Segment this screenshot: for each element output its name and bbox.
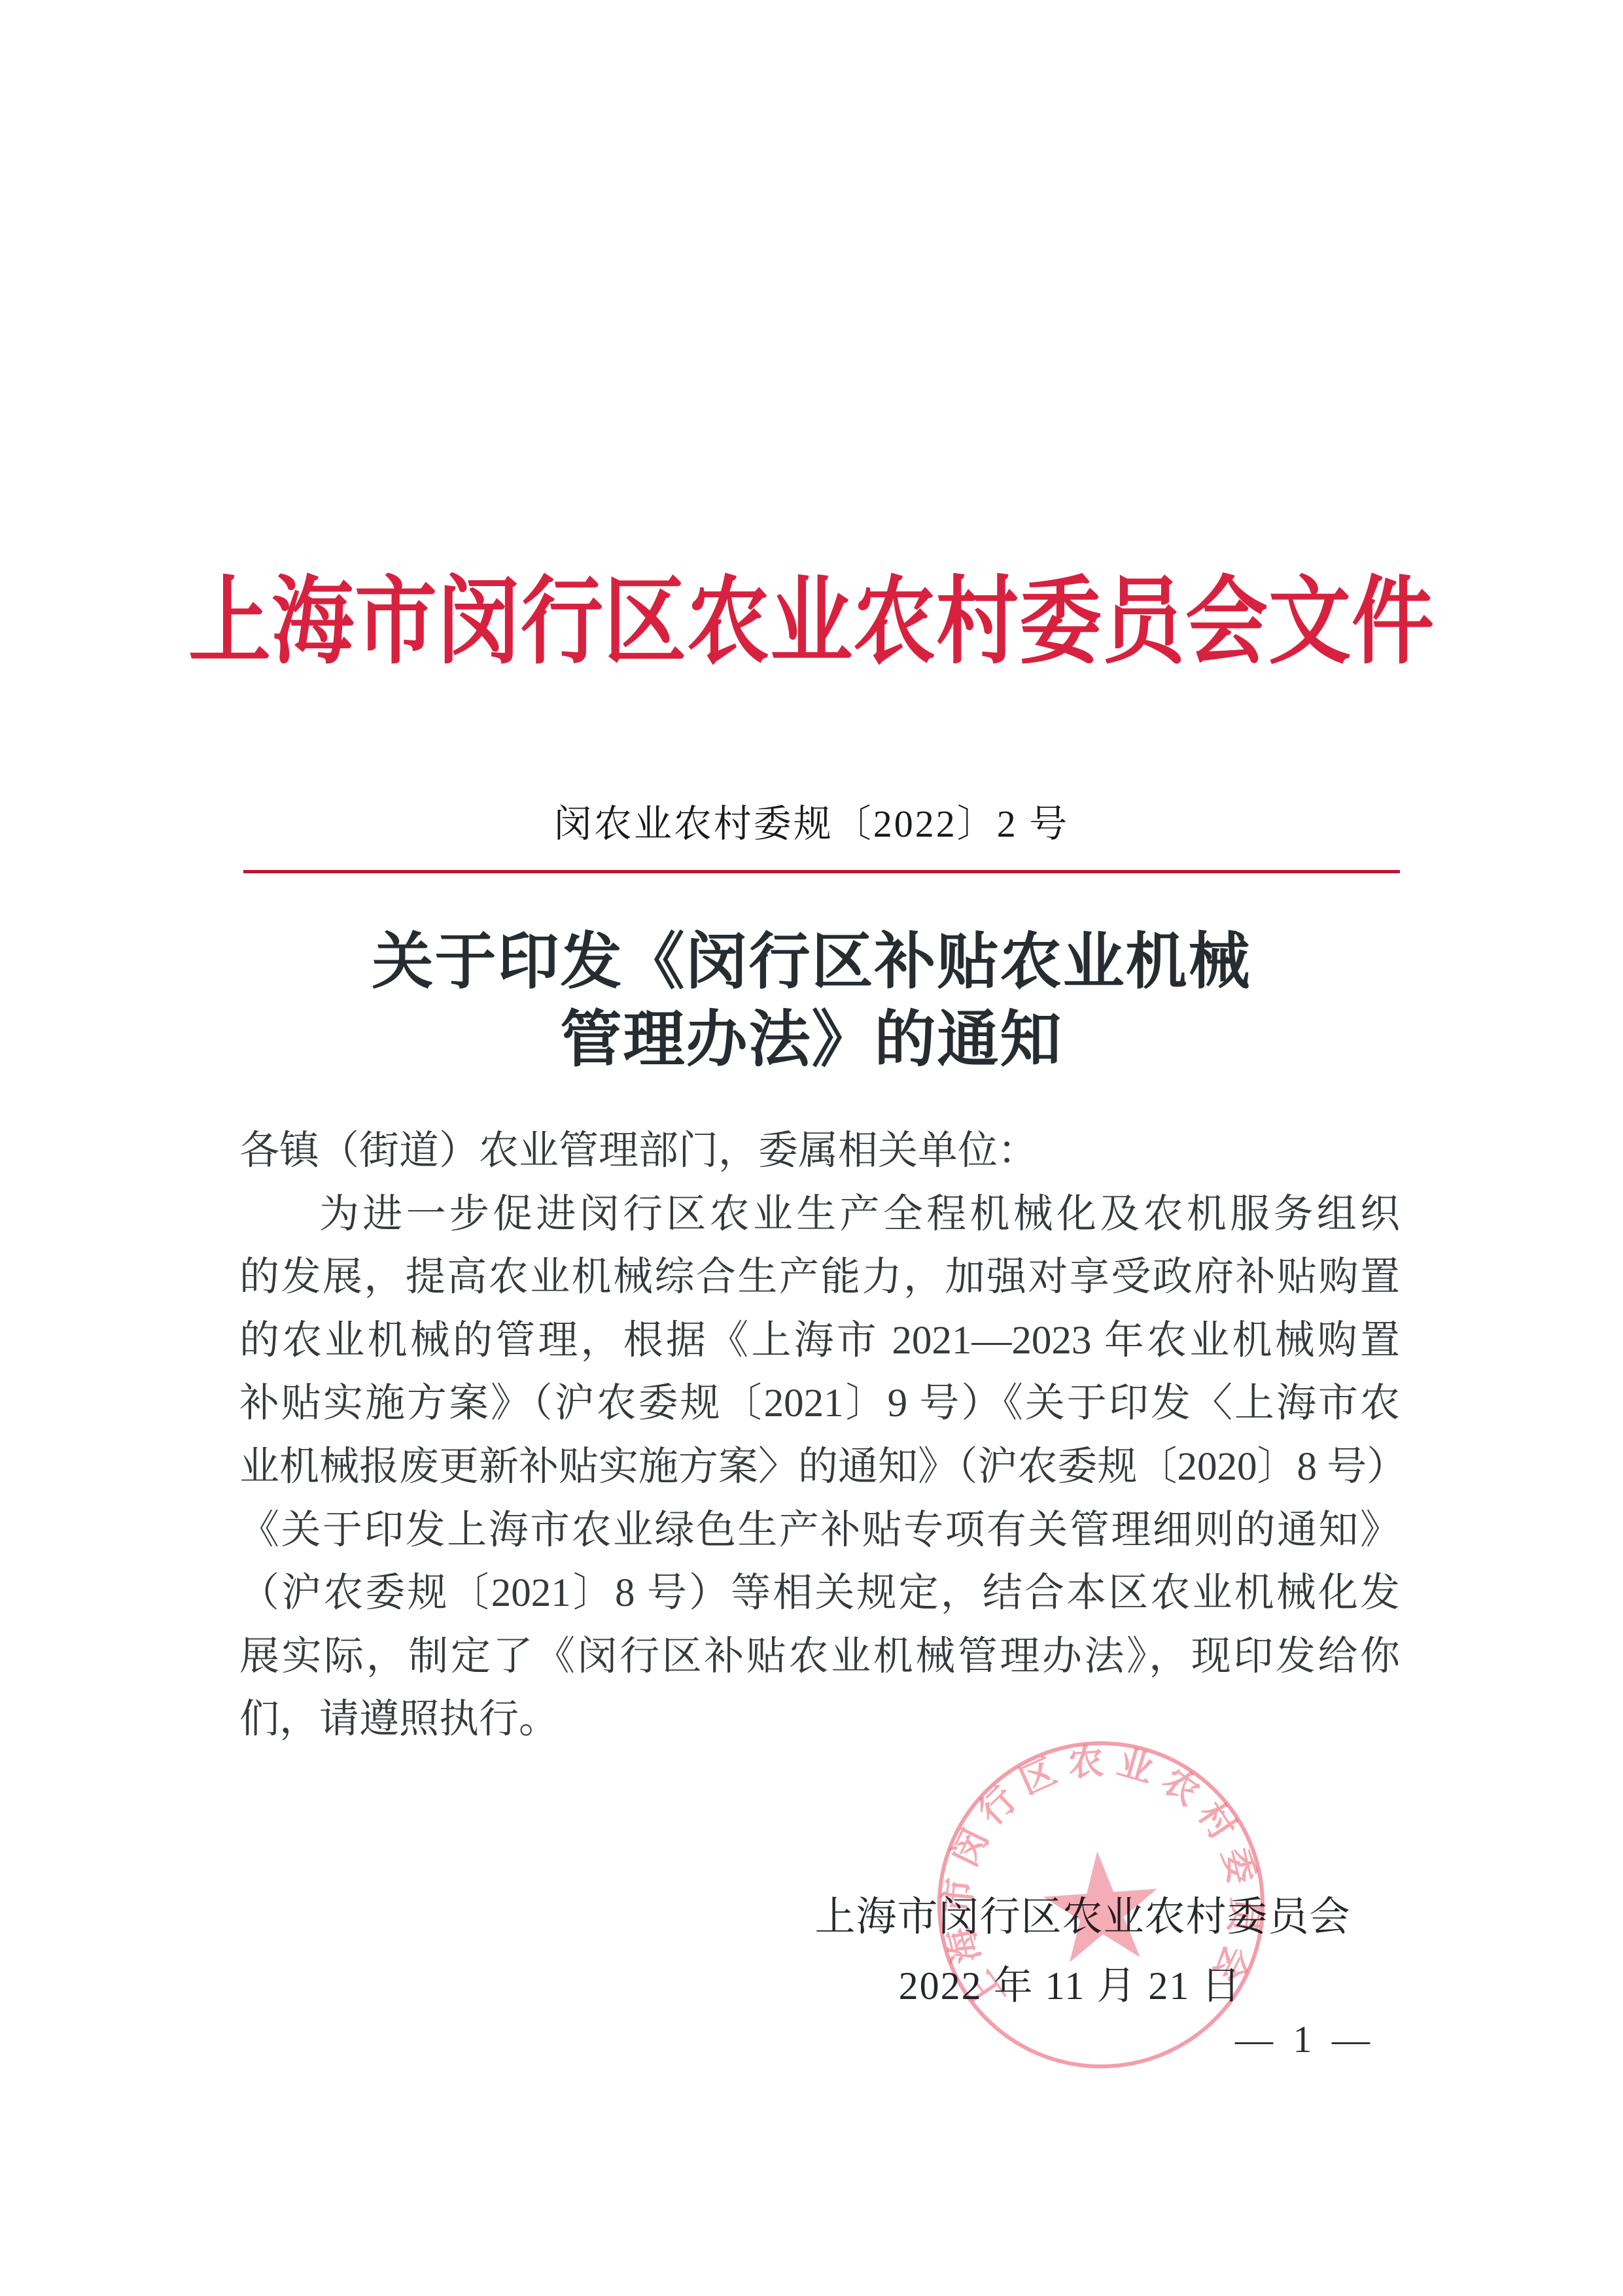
document-page: 上海市闵行区农业农村委员会文件 闵农业农村委规〔2022〕2 号 关于印发《闵行… — [0, 0, 1623, 2296]
body-line: （沪农委规〔2021〕8 号）等相关规定，结合本区农业机械化发 — [239, 1562, 1400, 1626]
body-line: 展实际，制定了《闵行区补贴农业机械管理办法》，现印发给你 — [239, 1626, 1400, 1689]
official-seal-stamp: 上海市闵行区农业农村委员会 — [922, 1726, 1280, 2083]
body-line: 为进一步促进闵行区农业生产全程机械化及农机服务组织 — [239, 1183, 1400, 1247]
banner-text: 上海市闵行区农业农村委员会文件 — [188, 551, 1435, 695]
document-number: 闵农业农村委规〔2022〕2 号 — [0, 793, 1623, 848]
body-line: 《关于印发上海市农业绿色生产补贴专项有关管理细则的通知》 — [239, 1499, 1400, 1563]
body-line: 补贴实施方案》（沪农委规〔2021〕9 号）《关于印发〈上海市农 — [239, 1372, 1400, 1436]
body-line: 业机械报废更新补贴实施方案〉的通知》（沪农委规〔2020〕8 号） — [239, 1436, 1400, 1499]
notice-title-line1: 关于印发《闵行区补贴农业机械 — [0, 924, 1623, 1001]
notice-title-line2: 管理办法》的通知 — [0, 1001, 1623, 1079]
body-line: 各镇（街道）农业管理部门，委属相关单位： — [239, 1120, 1400, 1183]
body-line: 的发展，提高农业机械综合生产能力，加强对享受政府补贴购置 — [239, 1246, 1400, 1310]
red-separator-line — [243, 870, 1400, 873]
body-line: 的农业机械的管理，根据《上海市 2021—2023 年农业机械购置 — [239, 1310, 1400, 1373]
issuing-authority-banner: 上海市闵行区农业农村委员会文件 — [0, 561, 1623, 686]
star-icon — [1040, 1847, 1162, 1964]
notice-body: 各镇（街道）农业管理部门，委属相关单位：为进一步促进闵行区农业生产全程机械化及农… — [239, 1120, 1400, 1752]
notice-title: 关于印发《闵行区补贴农业机械 管理办法》的通知 — [0, 924, 1623, 1079]
